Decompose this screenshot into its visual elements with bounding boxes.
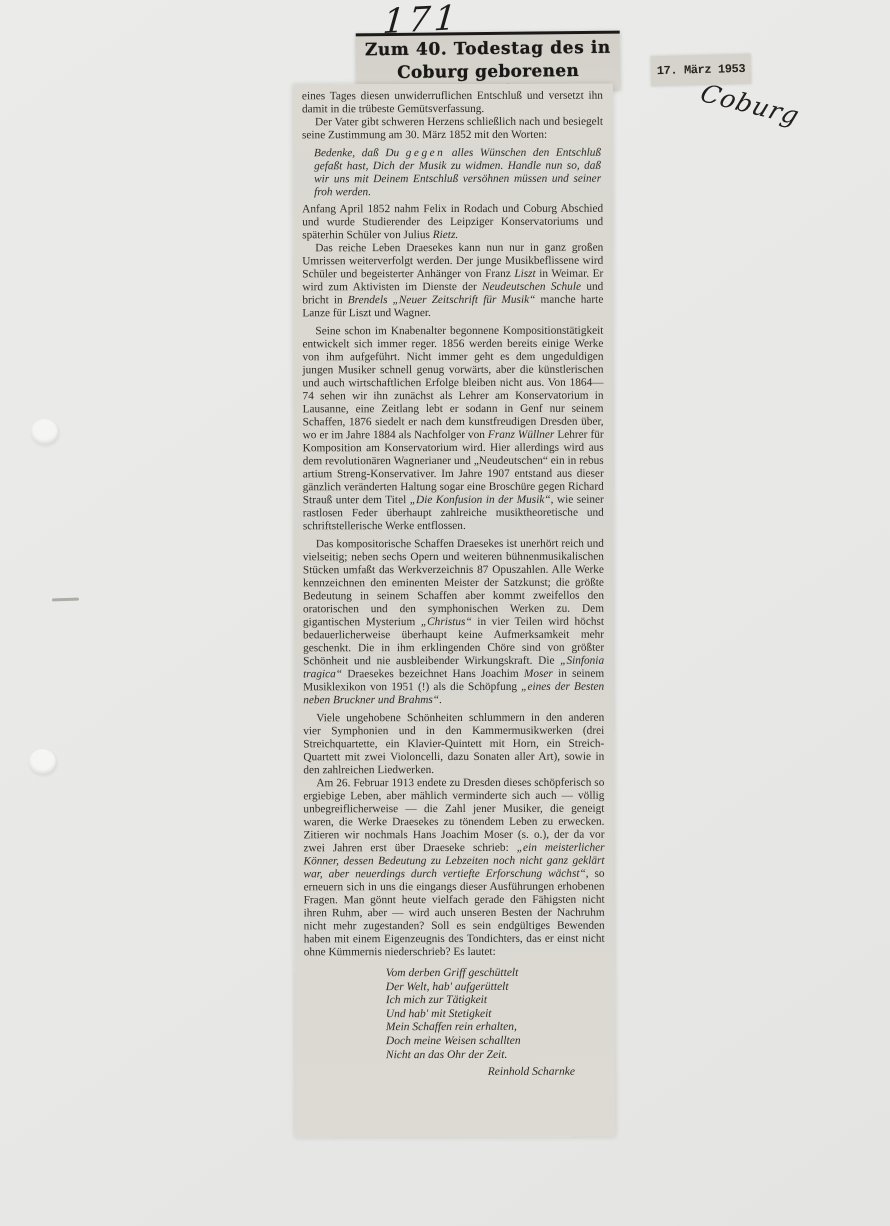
poem-block: Vom derben Griff geschütteltDer Welt, ha…: [386, 967, 605, 1063]
text-segment: eines Tages diesen unwiderruflichen Ents…: [302, 90, 603, 116]
poem-line: Ich mich zur Tätigkeit: [386, 994, 605, 1008]
hole-punch-top: [31, 419, 58, 444]
article-clipping: eines Tages diesen unwiderruflichen Ents…: [293, 84, 615, 1138]
headline-line-1: Zum 40. Todestag des in: [356, 38, 620, 61]
article-paragraph: Am 26. Februar 1913 endete zu Dresden di…: [303, 777, 604, 960]
text-segment: „Die Konfusion in der Musik“: [410, 494, 551, 506]
article-paragraph: Anfang April 1852 nahm Felix in Rodach u…: [302, 203, 603, 243]
text-segment: Franz Wüllner: [488, 429, 554, 441]
smudge-mark: [52, 598, 79, 602]
text-segment: gegen: [406, 147, 446, 159]
text-segment: Rietz.: [433, 229, 458, 241]
article-paragraph: Viele ungehobene Schönheiten schlummern …: [303, 712, 604, 778]
poem-line: Der Welt, hab' aufgerüttelt: [386, 980, 605, 994]
article-paragraph: Seine schon im Knabenalter begonnene Kom…: [302, 325, 603, 534]
article-body: eines Tages diesen unwiderruflichen Ents…: [293, 84, 615, 1080]
text-segment: Das kompositorische Schaffen Draesekes i…: [303, 538, 604, 629]
handwritten-note-coburg: Coburg: [697, 79, 804, 131]
text-segment: Der Vater gibt schweren Herzens schließl…: [302, 116, 603, 142]
text-segment: Neudeutschen Schule: [482, 281, 581, 293]
scanned-archive-page: 171 Zum 40. Todestag des in Coburg gebor…: [0, 0, 890, 1226]
article-paragraph: Das kompositorische Schaffen Draesekes i…: [303, 538, 604, 708]
text-segment: Draesekes bezeichnet Hans Joachim: [342, 668, 524, 680]
text-segment: , so erneuern sich in uns die eingangs d…: [304, 868, 605, 959]
text-segment: Bedenke, daß Du: [314, 147, 406, 159]
date-stamp-text: 17. März 1953: [657, 62, 746, 78]
hole-punch-bottom: [29, 749, 56, 774]
article-quote: Bedenke, daß Du gegen alles Wünschen den…: [314, 147, 601, 200]
text-segment: .: [439, 694, 442, 706]
poem-line: Mein Schaffen rein erhalten,: [386, 1021, 605, 1035]
article-paragraph: Der Vater gibt schweren Herzens schließl…: [302, 116, 603, 143]
poem-line: Doch meine Weisen schallten: [386, 1035, 605, 1049]
text-segment: Moser: [524, 668, 553, 680]
text-segment: Viele ungehobene Schönheiten schlummern …: [303, 712, 604, 777]
author-signature: Reinhold Scharnke: [304, 1066, 605, 1080]
text-segment: Liszt: [514, 268, 535, 280]
article-paragraph: eines Tages diesen unwiderruflichen Ents…: [302, 90, 603, 117]
date-stamp: 17. März 1953: [651, 54, 752, 86]
article-paragraph: Das reiche Leben Draesekes kann nun nur …: [302, 242, 603, 321]
poem-line: Nicht an das Ohr der Zeit.: [386, 1048, 605, 1062]
poem-line: Vom derben Griff geschüttelt: [386, 967, 605, 981]
text-segment: Seine schon im Knabenalter begonnene Kom…: [302, 325, 603, 442]
text-segment: „Christus“: [421, 616, 472, 628]
text-segment: Brendels „Neuer Zeitschrift für Musik“: [348, 294, 536, 306]
poem-line: Und hab' mit Stetigkeit: [386, 1007, 605, 1021]
